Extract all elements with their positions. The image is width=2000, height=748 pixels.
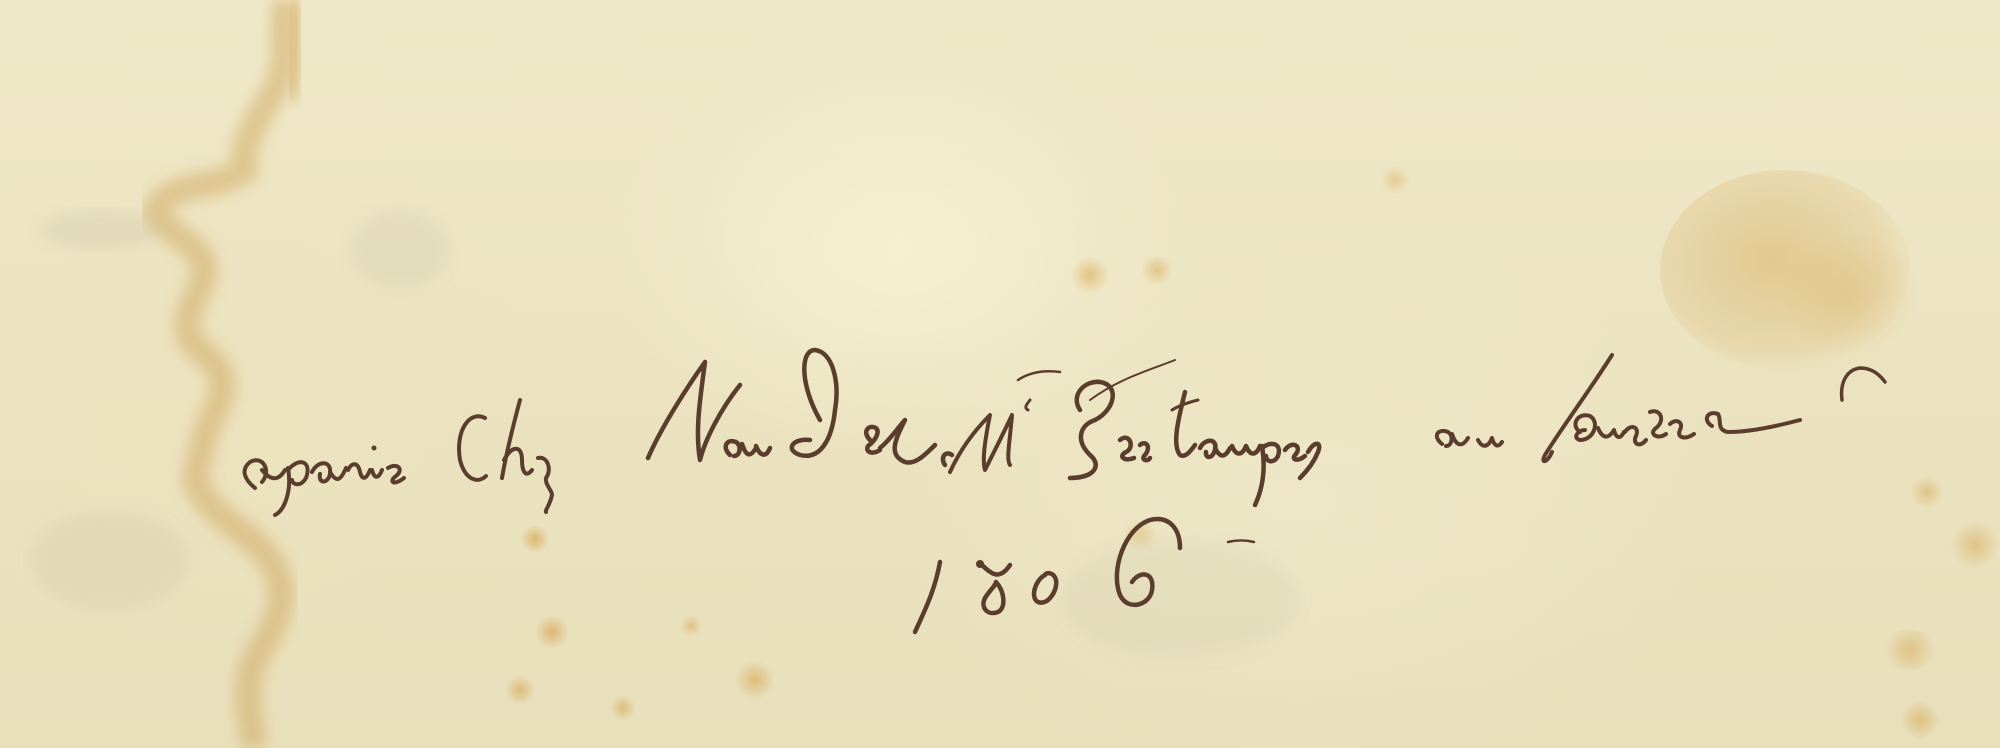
year-1806 [915, 519, 1254, 632]
word-au [1437, 431, 1502, 446]
word-a-paris [245, 446, 404, 516]
word-md [950, 371, 1060, 472]
handwritten-inscription [0, 0, 2000, 748]
word-destampes [1070, 360, 1319, 505]
aged-paper-sheet: a paris Chez Naudet Md d'Estampes au lou… [0, 0, 2000, 748]
word-chez [459, 400, 552, 512]
word-louvre [1543, 355, 1885, 461]
word-naudet [648, 350, 952, 465]
